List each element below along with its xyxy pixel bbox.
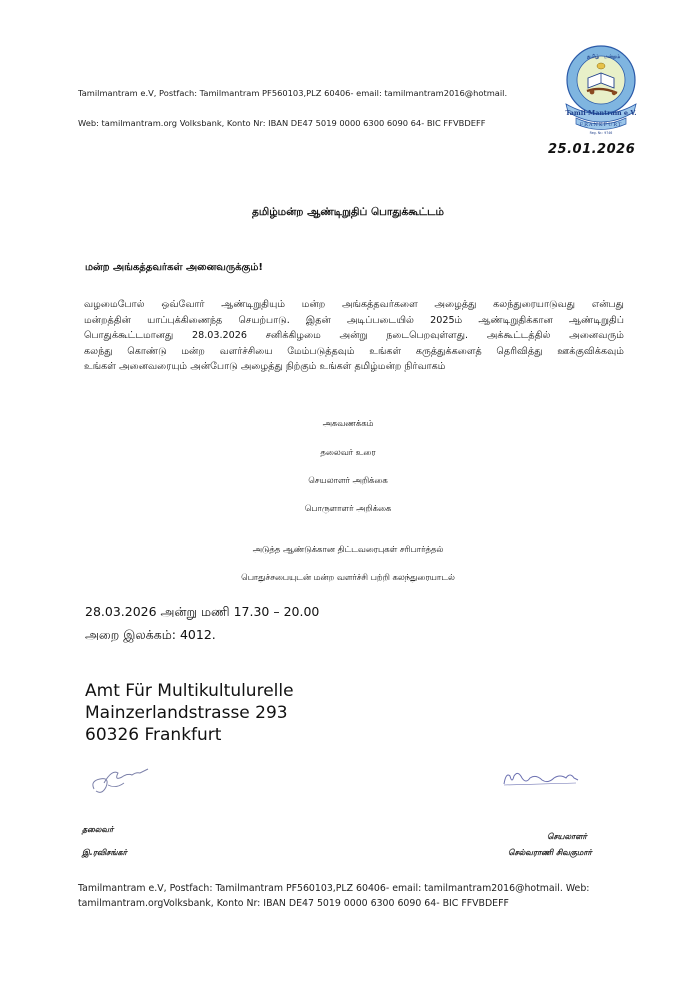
document-title: தமிழ்மன்ற ஆண்டிறுதிப் பொதுக்கூட்டம் xyxy=(0,206,696,219)
agenda-item: அகவணக்கம் xyxy=(0,418,696,430)
tamil-mantram-emblem-icon: தமிழ் மன்றம் Tamil Mantram e.V. FRANKFUR… xyxy=(562,42,640,136)
body-line: பொதுக்கூட்டமானது 28.03.2026 சனிக்கிழமை அ… xyxy=(84,328,624,344)
secretary-role: செயலாளர் xyxy=(547,832,587,842)
body-line: கலந்து கொண்டு மன்ற வளர்ச்சியை மேம்படுத்த… xyxy=(84,344,624,360)
body-line: வழமைபோல் ஒவ்வோர் ஆண்டிறுதியும் மன்ற அங்க… xyxy=(84,297,624,313)
body-line: மன்றத்தின் யாப்புக்கிணைந்த செயற்பாடு. இத… xyxy=(84,313,624,329)
meeting-room: அறை இலக்கம்: 4012. xyxy=(85,627,216,644)
logo-arc-text-left: தமிழ் xyxy=(587,54,599,60)
meeting-datetime: 28.03.2026 அன்று மணி 17.30 – 20.00 xyxy=(85,604,319,621)
venue-line: Amt Für Multikultulurelle xyxy=(85,680,294,702)
venue-line: Mainzerlandstrasse 293 xyxy=(85,702,294,724)
president-signature-icon xyxy=(88,763,158,797)
greeting: மன்ற அங்கத்தவர்கள் அனைவருக்கும்! xyxy=(85,262,263,274)
svg-text:FRANKFURT: FRANKFURT xyxy=(580,122,623,128)
president-role: தலைவர் xyxy=(82,825,113,835)
header-contact-line: Tamilmantram e.V, Postfach: Tamilmantram… xyxy=(78,88,507,98)
venue-line: 60326 Frankfurt xyxy=(85,724,294,746)
body-paragraph: வழமைபோல் ஒவ்வோர் ஆண்டிறுதியும் மன்ற அங்க… xyxy=(84,297,624,375)
svg-text:மன்றம்: மன்றம் xyxy=(604,54,620,60)
secretary-name: செல்வராணி சிவகுமார் xyxy=(508,848,592,858)
svg-text:Reg. Nr.: 9746: Reg. Nr.: 9746 xyxy=(590,131,613,135)
secretary-signature-icon xyxy=(500,768,580,790)
agenda-item: பொருளாளர் அறிக்கை xyxy=(0,503,696,515)
header-bank-line: Web: tamilmantram.org Volksbank, Konto N… xyxy=(78,118,486,128)
agenda-item: தலைவர் உரை xyxy=(0,447,696,459)
footer-line: Tamilmantram e.V, Postfach: Tamilmantram… xyxy=(78,881,658,896)
president-name: இ.ரவிசங்கர் xyxy=(82,848,127,858)
letter-date: 25.01.2026 xyxy=(548,142,635,157)
body-line: உங்கள் அனைவரையும் அன்போடு அழைத்து நிற்கு… xyxy=(84,359,624,375)
footer: Tamilmantram e.V, Postfach: Tamilmantram… xyxy=(78,881,658,911)
agenda-item: அடுத்த ஆண்டுக்கான திட்டவரைபுகள் சரிபார்த… xyxy=(0,544,696,556)
footer-line: tamilmantram.orgVolksbank, Konto Nr: IBA… xyxy=(78,896,658,911)
agenda-item: செயலாளர் அறிக்கை xyxy=(0,475,696,487)
agenda-item: பொதுச்சபையுடன் மன்ற வளர்ச்சி பற்றி கலந்த… xyxy=(0,572,696,584)
svg-text:Tamil Mantram e.V.: Tamil Mantram e.V. xyxy=(566,109,637,117)
venue-address: Amt Für Multikultulurelle Mainzerlandstr… xyxy=(85,680,294,746)
